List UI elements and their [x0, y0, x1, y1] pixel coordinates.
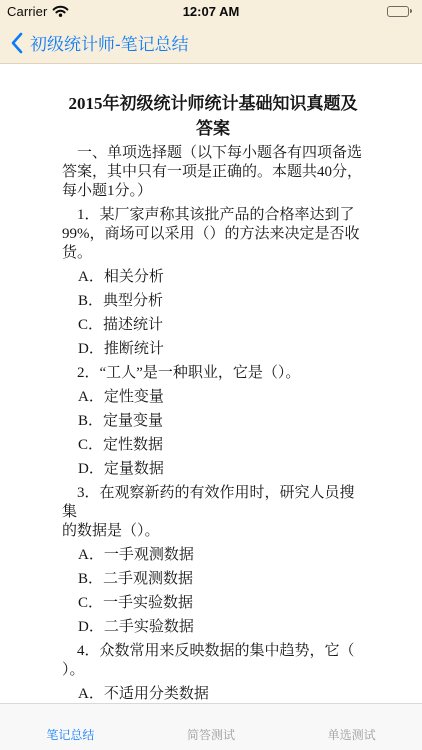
tab-notes-summary[interactable]: 笔记总结: [0, 704, 141, 750]
question-2-option-b: B．定量变量: [62, 412, 364, 431]
back-button[interactable]: 初级统计师-笔记总结: [10, 30, 189, 55]
tab-bar: 笔记总结 简答测试 单选测试: [0, 703, 422, 750]
battery-icon: [387, 6, 412, 17]
question-3-option-c: C．一手实验数据: [62, 594, 364, 613]
header: Carrier 12:07 AM 初级统计师-笔记总结: [0, 0, 422, 64]
question-1-option-b: B．典型分析: [62, 292, 364, 311]
back-button-label: 初级统计师-笔记总结: [30, 30, 189, 55]
question-1-option-a: A．相关分析: [62, 268, 364, 287]
question-3-option-d: D．二手实验数据: [62, 618, 364, 637]
wifi-icon: [52, 5, 69, 17]
back-chevron-icon: [10, 32, 23, 54]
question-2-option-a: A．定性变量: [62, 388, 364, 407]
document-title: 2015年初级统计师统计基础知识真题及 答案: [62, 91, 364, 141]
tab-single-choice-test[interactable]: 单选测试: [281, 704, 422, 750]
question-1-option-d: D．推断统计: [62, 340, 364, 359]
section-intro: 一、单项选择题（以下每小题各有四项备选 答案，其中只有一项是正确的。本题共40分…: [62, 144, 364, 201]
carrier-label: Carrier: [7, 4, 47, 19]
question-2-option-c: C．定性数据: [62, 436, 364, 455]
question-4-option-a: A．不适用分类数据: [62, 685, 364, 703]
question-3: 3．在观察新药的有效作用时，研究人员搜集 的数据是（）。: [62, 484, 364, 541]
question-3-option-b: B．二手观测数据: [62, 570, 364, 589]
question-1-option-c: C．描述统计: [62, 316, 364, 335]
question-2-option-d: D．定量数据: [62, 460, 364, 479]
tab-short-answer-test[interactable]: 简答测试: [141, 704, 282, 750]
document-scroll-area[interactable]: 2015年初级统计师统计基础知识真题及 答案 一、单项选择题（以下每小题各有四项…: [0, 64, 422, 703]
question-4: 4．众数常用来反映数据的集中趋势，它（ ）。: [62, 642, 364, 680]
question-2: 2．“工人”是一种职业，它是（）。: [62, 364, 364, 383]
status-bar: Carrier 12:07 AM: [0, 0, 422, 22]
question-1: 1．某厂家声称其该批产品的合格率达到了 99%，商场可以采用（）的方法来决定是否…: [62, 206, 364, 263]
status-time: 12:07 AM: [183, 4, 240, 19]
question-3-option-a: A．一手观测数据: [62, 546, 364, 565]
navigation-bar: 初级统计师-笔记总结: [0, 22, 422, 63]
